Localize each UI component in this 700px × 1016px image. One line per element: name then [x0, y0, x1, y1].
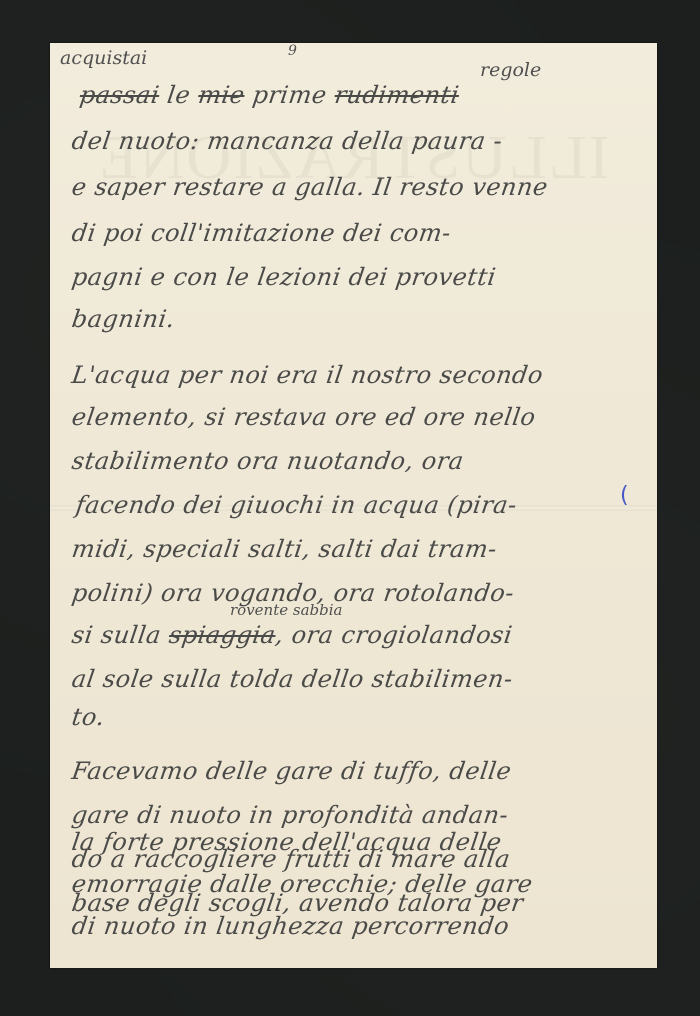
- page-number-mark: 9: [288, 43, 297, 59]
- manuscript-line: gare di nuoto in profondità andan-: [70, 801, 510, 829]
- struck-word: passai: [78, 81, 161, 109]
- margin-note-acquistai: acquistai: [60, 47, 147, 69]
- manuscript-line: midi, speciali salti, salti dai tram-: [70, 535, 499, 563]
- struck-word: rudimenti: [333, 81, 461, 109]
- manuscript-line: bagnini.: [70, 305, 177, 333]
- manuscript-line: facendo dei giuochi in acqua (pira-: [74, 491, 519, 519]
- manuscript-line: la forte pressione dell'acqua delle: [70, 828, 504, 856]
- manuscript-line: L'acqua per noi era il nostro secondo: [70, 361, 545, 389]
- manuscript-line: elemento, si restava ore ed ore nello: [70, 403, 538, 431]
- struck-word: spiaggia: [167, 621, 277, 649]
- manuscript-line: al sole sulla tolda dello stabilimen-: [70, 665, 515, 693]
- annotation-rovente-sabbia: rovente sabbia: [230, 601, 342, 619]
- manuscript-line: stabilimento ora nuotando, ora: [70, 447, 466, 475]
- manuscript-line: to.: [70, 703, 107, 731]
- manuscript-line: Facevamo delle gare di tuffo, delle: [70, 757, 513, 785]
- manuscript-line: del nuoto: mancanza della paura -: [70, 127, 504, 155]
- manuscript-line: di poi coll'imitazione dei com-: [70, 219, 453, 247]
- manuscript-line: emorragie dalle orecchie; delle gare: [70, 870, 534, 898]
- annotation-regole: regole: [480, 59, 541, 81]
- blue-pencil-mark: (: [620, 483, 629, 508]
- manuscript-line-1: passai le mie prime rudimenti: [78, 81, 461, 109]
- manuscript-line: e saper restare a galla. Il resto venne: [70, 173, 550, 201]
- manuscript-line: pagni e con le lezioni dei provetti: [70, 263, 498, 291]
- manuscript-line: di nuoto in lunghezza percorrendo: [70, 912, 511, 940]
- manuscript-line-spiaggia: si sulla spiaggia, ora crogiolandosi: [70, 621, 514, 649]
- struck-word: mie: [196, 81, 246, 109]
